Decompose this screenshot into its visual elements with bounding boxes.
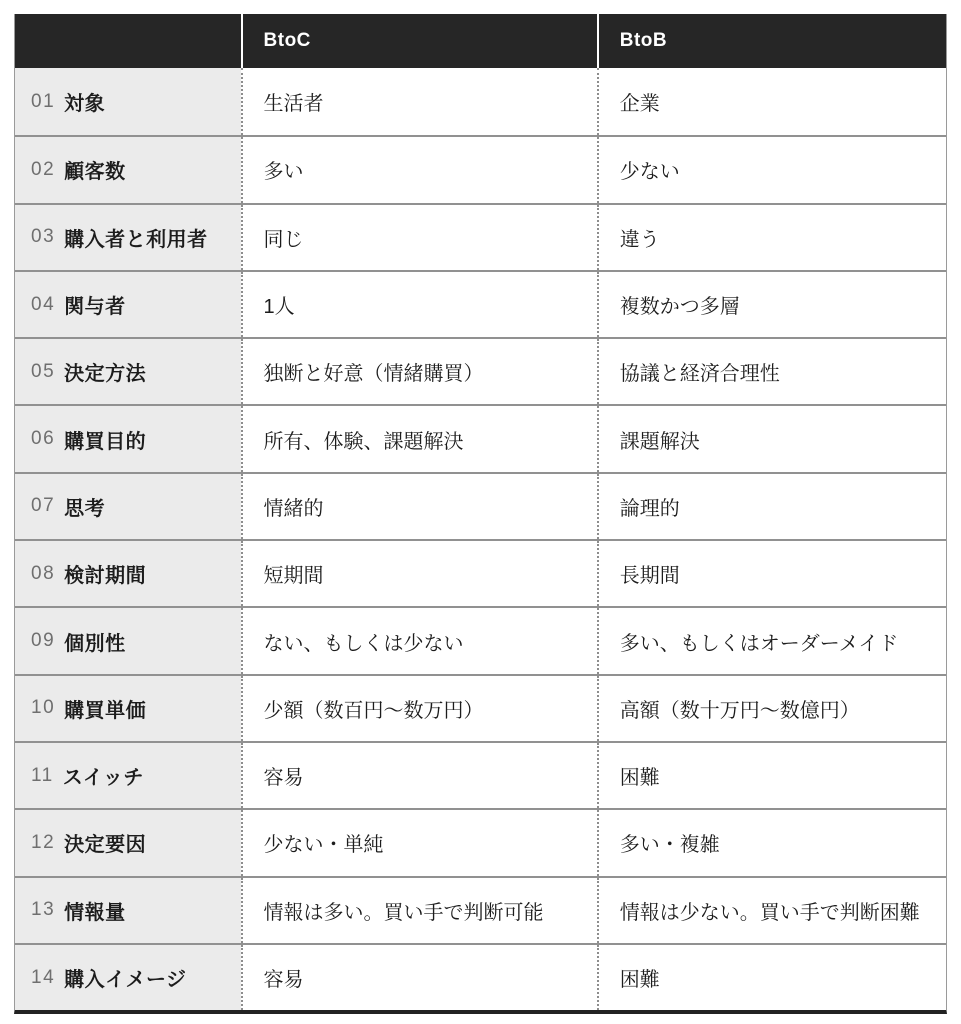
table-row: 11 スイッチ 容易 困難: [15, 741, 946, 808]
btoc-value-cell: 情緒的: [241, 474, 597, 539]
btob-value-cell: 長期間: [597, 541, 946, 606]
header-cell-btob: BtoB: [597, 14, 946, 68]
row-label: 決定方法: [64, 357, 146, 386]
row-label: 購買目的: [64, 425, 146, 454]
row-number: 09: [31, 630, 55, 652]
row-number: 06: [31, 428, 55, 450]
row-label-cell: 14 購入イメージ: [15, 945, 241, 1010]
header-cell-btoc: BtoC: [241, 14, 597, 68]
row-label: 購入者と利用者: [64, 223, 208, 252]
table-row: 01 対象 生活者 企業: [15, 68, 946, 135]
comparison-table: BtoC BtoB 01 対象 生活者 企業 02 顧客数 多い 少ない 03 …: [14, 14, 947, 1014]
btob-value-cell: 多い・複雑: [597, 810, 946, 875]
row-label-cell: 09 個別性: [15, 608, 241, 673]
row-number: 01: [31, 91, 55, 113]
row-label-cell: 13 情報量: [15, 878, 241, 943]
row-label: 対象: [64, 87, 105, 116]
row-label-cell: 05 決定方法: [15, 339, 241, 404]
row-number: 11: [31, 765, 54, 787]
btob-value-cell: 論理的: [597, 474, 946, 539]
row-label-cell: 10 購買単価: [15, 676, 241, 741]
table-row: 13 情報量 情報は多い。買い手で判断可能 情報は少ない。買い手で判断困難: [15, 876, 946, 943]
btoc-value-cell: 容易: [241, 945, 597, 1010]
row-label-cell: 04 関与者: [15, 272, 241, 337]
row-number: 05: [31, 361, 55, 383]
btoc-value-cell: 1人: [241, 272, 597, 337]
row-label: 決定要因: [64, 828, 146, 857]
btob-value-cell: 課題解決: [597, 406, 946, 471]
row-label-cell: 02 顧客数: [15, 137, 241, 202]
header-cell-empty: [15, 14, 241, 68]
row-label-cell: 01 対象: [15, 68, 241, 135]
row-label: スイッチ: [63, 761, 144, 790]
btob-value-cell: 違う: [597, 205, 946, 270]
table-row: 07 思考 情緒的 論理的: [15, 472, 946, 539]
row-label: 顧客数: [64, 155, 126, 184]
btob-value-cell: 高額（数十万円〜数億円）: [597, 676, 946, 741]
btob-value-cell: 協議と経済合理性: [597, 339, 946, 404]
row-number: 07: [31, 495, 55, 517]
btoc-value-cell: ない、もしくは少ない: [241, 608, 597, 673]
table-row: 08 検討期間 短期間 長期間: [15, 539, 946, 606]
btoc-value-cell: 情報は多い。買い手で判断可能: [241, 878, 597, 943]
table-row: 02 顧客数 多い 少ない: [15, 135, 946, 202]
btob-value-cell: 情報は少ない。買い手で判断困難: [597, 878, 946, 943]
row-label: 検討期間: [64, 559, 146, 588]
btoc-value-cell: 同じ: [241, 205, 597, 270]
row-label: 思考: [64, 492, 105, 521]
table-row: 10 購買単価 少額（数百円〜数万円） 高額（数十万円〜数億円）: [15, 674, 946, 741]
row-label-cell: 03 購入者と利用者: [15, 205, 241, 270]
row-label-cell: 08 検討期間: [15, 541, 241, 606]
row-number: 02: [31, 159, 55, 181]
row-label-cell: 11 スイッチ: [15, 743, 241, 808]
btob-value-cell: 多い、もしくはオーダーメイド: [597, 608, 946, 673]
btob-value-cell: 複数かつ多層: [597, 272, 946, 337]
row-number: 08: [31, 563, 55, 585]
btoc-value-cell: 生活者: [241, 68, 597, 135]
row-label: 個別性: [64, 627, 126, 656]
row-label: 購買単価: [64, 694, 146, 723]
btoc-value-cell: 所有、体験、課題解決: [241, 406, 597, 471]
table-header: BtoC BtoB: [15, 14, 946, 68]
btob-value-cell: 困難: [597, 945, 946, 1010]
table-row: 05 決定方法 独断と好意（情緒購買） 協議と経済合理性: [15, 337, 946, 404]
row-number: 10: [31, 697, 55, 719]
btoc-value-cell: 少ない・単純: [241, 810, 597, 875]
table-row: 06 購買目的 所有、体験、課題解決 課題解決: [15, 404, 946, 471]
btob-value-cell: 困難: [597, 743, 946, 808]
row-label-cell: 12 決定要因: [15, 810, 241, 875]
row-number: 13: [31, 899, 55, 921]
table-row: 09 個別性 ない、もしくは少ない 多い、もしくはオーダーメイド: [15, 606, 946, 673]
btob-value-cell: 少ない: [597, 137, 946, 202]
table-row: 14 購入イメージ 容易 困難: [15, 943, 946, 1010]
btob-value-cell: 企業: [597, 68, 946, 135]
table-row: 03 購入者と利用者 同じ 違う: [15, 203, 946, 270]
table-row: 12 決定要因 少ない・単純 多い・複雑: [15, 808, 946, 875]
btoc-value-cell: 短期間: [241, 541, 597, 606]
row-label-cell: 06 購買目的: [15, 406, 241, 471]
row-number: 04: [31, 294, 55, 316]
row-label-cell: 07 思考: [15, 474, 241, 539]
btoc-value-cell: 多い: [241, 137, 597, 202]
table-row: 04 関与者 1人 複数かつ多層: [15, 270, 946, 337]
btoc-value-cell: 容易: [241, 743, 597, 808]
btoc-value-cell: 独断と好意（情緒購買）: [241, 339, 597, 404]
row-number: 03: [31, 226, 55, 248]
btoc-value-cell: 少額（数百円〜数万円）: [241, 676, 597, 741]
row-label: 情報量: [64, 896, 126, 925]
row-label: 関与者: [64, 290, 126, 319]
row-number: 14: [31, 967, 55, 989]
row-label: 購入イメージ: [64, 963, 186, 992]
row-number: 12: [31, 832, 55, 854]
